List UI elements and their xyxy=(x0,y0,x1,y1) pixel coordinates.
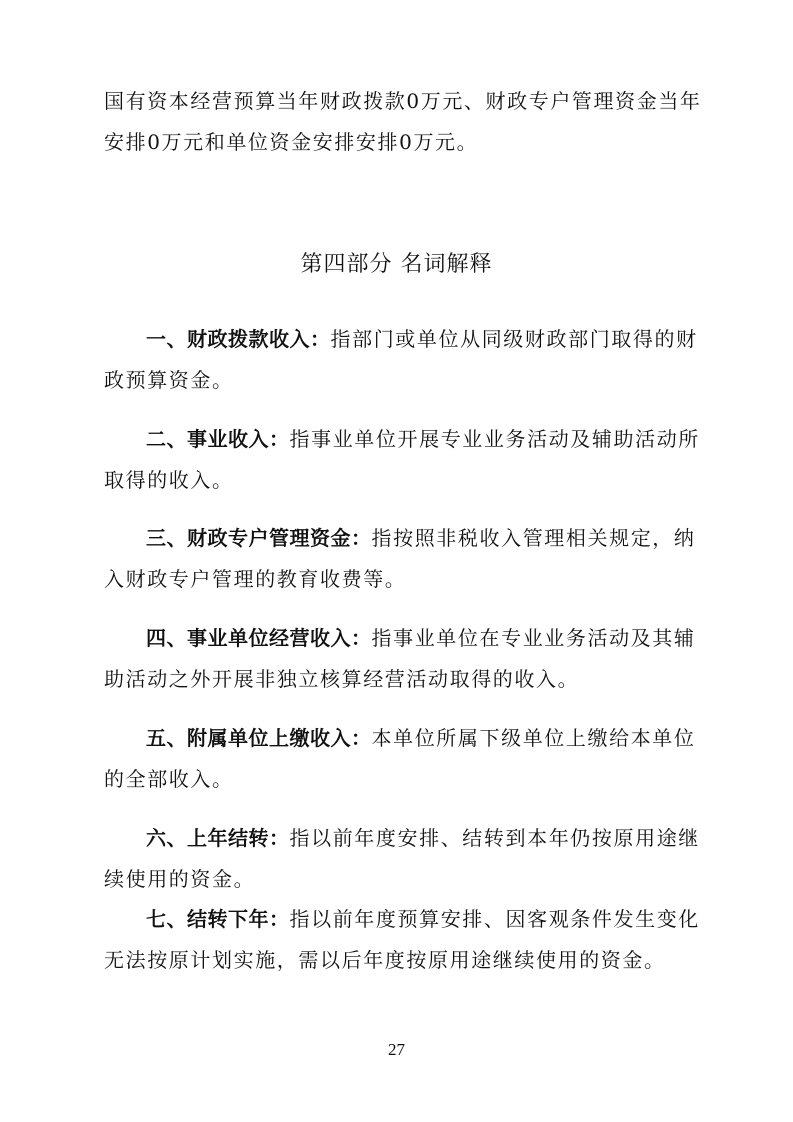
definition-text-cont: 无法按原计划实施，需以后年度按原用途继续使用的资金。 xyxy=(104,947,692,973)
definition-text-cont: 助活动之外开展非独立核算经营活动取得的收入。 xyxy=(104,666,692,692)
definition-text-cont: 续使用的资金。 xyxy=(104,866,692,892)
definition-term: 六、上年结转： xyxy=(146,826,290,850)
definition-text: 指以前年度预算安排、因客观条件发生变化 xyxy=(290,907,700,931)
definition-term: 五、附属单位上缴收入： xyxy=(146,726,372,750)
definition-text-cont: 政预算资金。 xyxy=(104,367,692,393)
page-number: 27 xyxy=(0,1040,793,1060)
definition-text: 本单位所属下级单位上缴给本单位 xyxy=(372,726,696,750)
definition-term: 三、财政专户管理资金： xyxy=(146,526,372,550)
intro-line-1: 国有资本经营预算当年财政拨款0万元、财政专户管理资金当年 xyxy=(104,88,692,114)
definition-term: 七、结转下年： xyxy=(146,907,290,931)
definition-term: 四、事业单位经营收入： xyxy=(146,626,372,650)
definition-text-cont: 的全部收入。 xyxy=(104,766,692,792)
definition-text: 指事业单位开展专业业务活动及辅助活动所 xyxy=(290,427,700,451)
definition-term: 一、财政拨款收入： xyxy=(146,327,331,351)
definition-text: 指以前年度安排、结转到本年仍按原用途继 xyxy=(290,826,700,850)
definition-term: 二、事业收入： xyxy=(146,427,290,451)
definition-text-cont: 取得的收入。 xyxy=(104,467,692,493)
section-title: 第四部分 名词解释 xyxy=(0,247,793,278)
definition-text: 指部门或单位从同级财政部门取得的财 xyxy=(331,327,698,351)
definition-text-cont: 入财政专户管理的教育收费等。 xyxy=(104,566,692,592)
intro-line-2: 安排0万元和单位资金安排安排0万元。 xyxy=(104,129,692,155)
definition-text: 指事业单位在专业业务活动及其辅 xyxy=(372,626,696,650)
definition-text: 指按照非税收入管理相关规定，纳 xyxy=(372,526,696,550)
